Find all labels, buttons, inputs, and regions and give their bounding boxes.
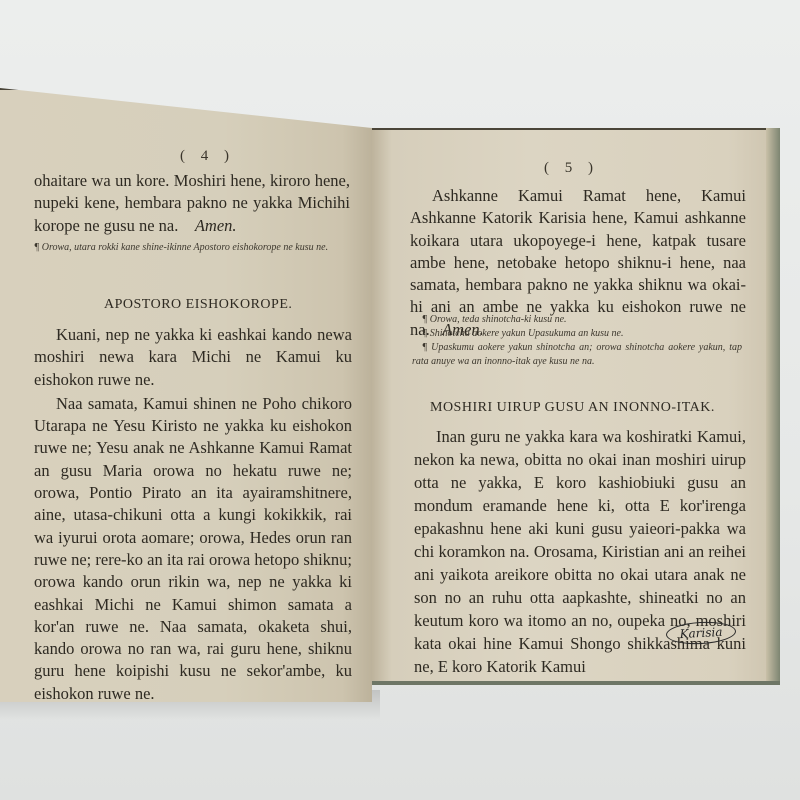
- left-paragraph-2: Naa samata, Kamui shinen ne Poho chikoro…: [34, 393, 352, 705]
- right-page-number: ( 5 ): [544, 160, 599, 177]
- book-cover-edge: [766, 128, 780, 683]
- left-body: Kuani, nep ne yakka ki eashkai kando new…: [34, 324, 352, 705]
- right-rubric-1: ¶ Orowa, teda shinotcha-ki kusu ne.: [412, 313, 742, 327]
- right-section-heading: MOSHIRI UIRUP GUSU AN INONNO-ITAK.: [430, 400, 715, 416]
- left-amen: Amen.: [195, 216, 237, 235]
- left-top-paragraph: ohaitare wa un kore. Moshiri hene, kiror…: [34, 170, 350, 237]
- left-top-text: ohaitare wa un kore. Moshiri hene, kiror…: [34, 171, 350, 235]
- right-rubric-3: ¶ Upaskumu aokere yakun shinotcha an; or…: [412, 341, 742, 369]
- right-rubric-2: ¶ Shinotcha aokere yakun Upasukuma an ku…: [412, 327, 742, 341]
- left-rubric: ¶ Orowa, utara rokki kane shine-ikinne A…: [34, 241, 352, 255]
- right-rubrics: ¶ Orowa, teda shinotcha-ki kusu ne. ¶ Sh…: [412, 313, 742, 369]
- left-section-heading: APOSTORO EISHOKOROPE.: [104, 297, 292, 313]
- left-page-number: ( 4 ): [180, 148, 235, 165]
- left-paragraph-1: Kuani, nep ne yakka ki eashkai kando new…: [34, 324, 352, 391]
- book-cover-bottom-edge: [372, 681, 780, 685]
